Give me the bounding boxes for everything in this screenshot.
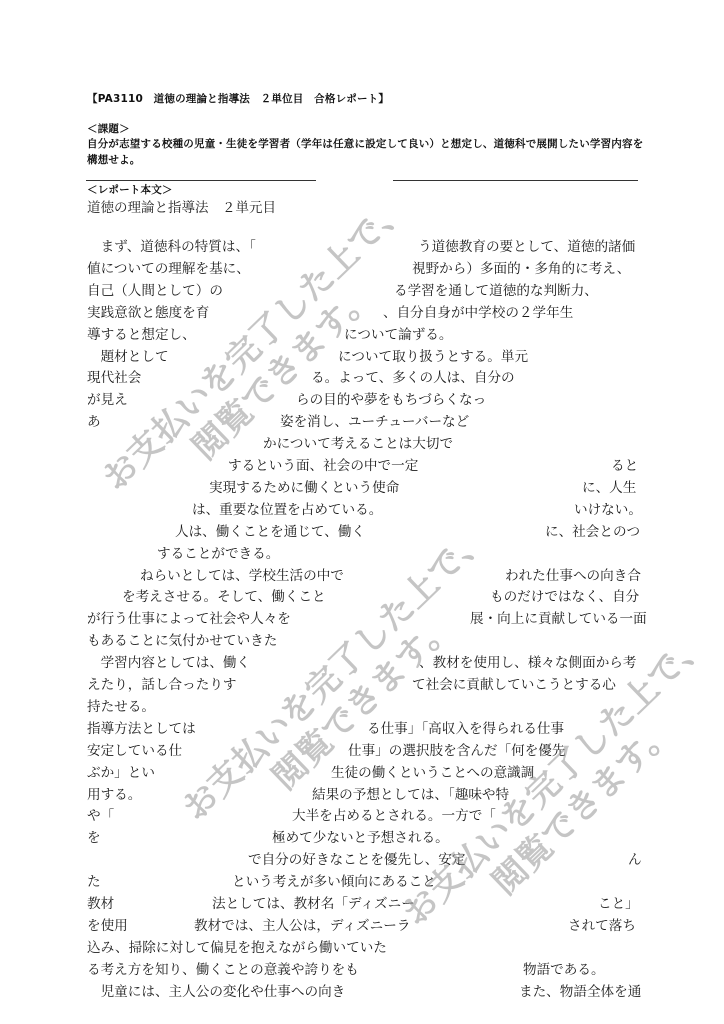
- body-line-right-fragment: 法としては、教材名「ディズニー: [212, 893, 415, 915]
- body-line: 自己（人間として）のる学習を通して道徳的な判断力、: [0, 280, 724, 302]
- body-line-far-fragment: されて落ち: [568, 915, 636, 937]
- body-line: もあることに気付かせていきた: [0, 630, 724, 652]
- body-line-left-fragment: た: [87, 871, 101, 893]
- body-line-far-fragment: に、社会とのつ: [545, 521, 640, 543]
- body-line-left-fragment: 児童には、主人公の変化や仕事への向き: [87, 981, 345, 1003]
- body-line: 導すると想定し、について論ずる。: [0, 324, 724, 346]
- body-line: が見えらの目的や夢をもちづらくなっ: [0, 389, 724, 411]
- task-label: ＜課題＞: [87, 121, 130, 136]
- body-line: かについて考えることは大切で: [0, 433, 724, 455]
- body-line-right-fragment: 、教材を使用し、様々な側面から考: [419, 652, 637, 674]
- body-line-left-fragment: 題材として: [87, 346, 169, 368]
- document-page: 【PA3110 道徳の理論と指導法 ２単位目 合格レポート】 ＜課題＞ 自分が志…: [0, 0, 724, 1024]
- body-line: を使用教材では、主人公は，ディズニーラされて落ち: [0, 915, 724, 937]
- body-line: 込み、掃除に対して偏見を抱えながら働いていた: [0, 937, 724, 959]
- body-line-left-fragment: 学習内容としては、働く: [87, 652, 250, 674]
- body-line-left-fragment: 自己（人間として）の: [87, 280, 223, 302]
- body-line-left-fragment: 込み、掃除に対して偏見を抱えながら働いていた: [87, 937, 387, 959]
- body-line: を考えさせる。そして、働くことものだけではなく、自分: [0, 586, 724, 608]
- body-line-right-fragment: を考えさせる。そして、働くこと: [122, 586, 326, 608]
- body-line: 児童には、主人公の変化や仕事への向きまた、物語全体を通: [0, 981, 724, 1003]
- body-line-left-fragment: る考え方を知り、働くことの意義や誇りをも: [87, 959, 359, 981]
- body-line-right-fragment: について論ずる。: [344, 324, 452, 346]
- report-subtitle: 道徳の理論と指導法 ２単元目: [87, 196, 276, 216]
- body-line-left-fragment: えたり，話し合ったりす: [87, 674, 237, 696]
- body-line-right-fragment: 視野から）多面的・多角的に考え、: [412, 258, 630, 280]
- body-line-left-fragment: 用する。: [87, 784, 141, 806]
- body-line-left-fragment: ぶか」とい: [87, 762, 155, 784]
- body-line-far-fragment: いけない。: [574, 499, 642, 521]
- body-line: あ姿を消し、ユーチューバーなど: [0, 411, 724, 433]
- body-line-right-fragment: 物語である。: [523, 959, 605, 981]
- body-line-right-fragment: 生徒の働くということへの意識調: [331, 762, 534, 784]
- body-line-far-fragment: こと」: [598, 893, 639, 915]
- body-line: することができる。: [0, 543, 724, 565]
- body-line-right-fragment: て社会に貢献していこうとする心: [412, 674, 616, 696]
- body-line: や「大半を占めるとされる。一方で「: [0, 805, 724, 827]
- body-line-right-fragment: う道徳教育の要として、道徳的諸価: [418, 236, 635, 258]
- body-line-far-fragment: ると: [611, 455, 638, 477]
- body-line-right-fragment: らの目的や夢をもちづらくなっ: [296, 389, 486, 411]
- divider-right: [393, 180, 638, 181]
- body-line-left-fragment: 実践意欲と態度を育: [87, 302, 209, 324]
- body-line: る考え方を知り、働くことの意義や誇りをも物語である。: [0, 959, 724, 981]
- body-line-right-fragment: 教材では、主人公は，ディズニーラ: [194, 915, 410, 937]
- body-line-right-fragment: 展・向上に貢献している一面: [470, 608, 647, 630]
- body-line-right-fragment: 仕事」の選択肢を含んだ「何を優先: [348, 740, 566, 762]
- body-line-right-fragment: 姿を消し、ユーチューバーなど: [280, 411, 469, 433]
- body-line-right-fragment: また、物語全体を通: [519, 981, 641, 1003]
- body-line-left-fragment: 現代社会: [87, 367, 141, 389]
- body-line: 指導方法としてはる仕事」「高収入を得られる仕事: [0, 718, 724, 740]
- body-line: えたり，話し合ったりすて社会に貢献していこうとする心: [0, 674, 724, 696]
- body-line-left-fragment: 安定している仕: [87, 740, 182, 762]
- body-line-left-fragment: 値についての理解を基に、: [87, 258, 250, 280]
- body-line: 用する。結果の予想としては、「趣味や特: [0, 784, 724, 806]
- body-line-right-fragment: 、自分自身が中学校の２学年生: [383, 302, 573, 324]
- body-line: ぶか」とい生徒の働くということへの意識調: [0, 762, 724, 784]
- body-line-left-fragment: 持たせる。: [87, 696, 155, 718]
- body-line: が行う仕事によって社会や人々を展・向上に貢献している一面: [0, 608, 724, 630]
- body-line-far-fragment: ん: [628, 849, 642, 871]
- divider-left: [86, 180, 316, 181]
- body-line-right-fragment: る学習を通して道徳的な判断力、: [394, 280, 598, 302]
- body-line-left-fragment: 教材: [87, 893, 114, 915]
- body-line-far-fragment: われた仕事への向き合: [505, 565, 641, 587]
- body-line-left-fragment: が行う仕事によって社会や人々を: [87, 608, 291, 630]
- body-line: 現代社会る。よって、多くの人は、自分の: [0, 367, 724, 389]
- body-line-left-fragment: 指導方法としては: [87, 718, 196, 740]
- body-line-left-fragment: が見え: [87, 389, 128, 411]
- body-line-left-fragment: 導すると想定し、: [87, 324, 196, 346]
- body-line-right-fragment: 極めて少ないと予想される。: [272, 827, 449, 849]
- body-line-right-fragment: ねらいとしては、学校生活の中で: [140, 565, 344, 587]
- body-line-right-fragment: 大半を占めるとされる。一方で「: [292, 805, 496, 827]
- body-line-right-fragment: することができる。: [157, 543, 279, 565]
- body-line: 持たせる。: [0, 696, 724, 718]
- body-line: ねらいとしては、学校生活の中でわれた仕事への向き合: [0, 565, 724, 587]
- body-line-right-fragment: る。よって、多くの人は、自分の: [311, 367, 515, 389]
- report-title: 【PA3110 道徳の理論と指導法 ２単位目 合格レポート】: [87, 91, 389, 106]
- body-line: 実践意欲と態度を育、自分自身が中学校の２学年生: [0, 302, 724, 324]
- report-body-label: ＜レポート本文＞: [87, 182, 173, 197]
- body-line: 安定している仕仕事」の選択肢を含んだ「何を優先: [0, 740, 724, 762]
- body-line: を極めて少ないと予想される。: [0, 827, 724, 849]
- body-line-right-fragment: で自分の好きなことを優先し、安定: [248, 849, 466, 871]
- body-line-right-fragment: る仕事」「高収入を得られる仕事: [367, 718, 564, 740]
- body-line-right-fragment: かについて考えることは大切で: [263, 433, 453, 455]
- body-line: まず、道徳科の特質は、「う道徳教育の要として、道徳的諸価: [0, 236, 724, 258]
- body-line-left-fragment: もあることに気付かせていきた: [87, 630, 277, 652]
- task-text-line-2: 構想せよ。: [87, 152, 141, 167]
- body-line-far-fragment: ものだけではなく、自分: [490, 586, 639, 608]
- task-text-line-1: 自分が志望する校種の児童・生徒を学習者（学年は任意に設定して良い）と想定し、道徳…: [87, 136, 643, 151]
- body-line-left-fragment: あ: [87, 411, 101, 433]
- body-line-right-fragment: 人は、働くことを通じて、働く: [175, 521, 365, 543]
- body-line: 人は、働くことを通じて、働くに、社会とのつ: [0, 521, 724, 543]
- body-line-left-fragment: を: [87, 827, 101, 849]
- body-line: 実現するために働くという使命に、人生: [0, 477, 724, 499]
- body-line: 教材法としては、教材名「ディズニーこと」: [0, 893, 724, 915]
- body-line-left-fragment: まず、道徳科の特質は、「: [87, 236, 256, 258]
- body-line: 値についての理解を基に、視野から）多面的・多角的に考え、: [0, 258, 724, 280]
- body-line-left-fragment: や「: [87, 805, 114, 827]
- body-line-far-fragment: に、人生: [582, 477, 636, 499]
- body-line-right-fragment: は、重要な位置を占めている。: [192, 499, 382, 521]
- body-line-right-fragment: という考えが多い傾向にあること: [232, 871, 436, 893]
- body-line-right-fragment: について取り扱うとする。単元: [338, 346, 528, 368]
- body-line: 学習内容としては、働く、教材を使用し、様々な側面から考: [0, 652, 724, 674]
- body-line-right-fragment: するという面、社会の中で一定: [228, 455, 418, 477]
- body-line: たという考えが多い傾向にあること: [0, 871, 724, 893]
- body-line-left-fragment: を使用: [87, 915, 128, 937]
- body-line: で自分の好きなことを優先し、安定ん: [0, 849, 724, 871]
- body-line-right-fragment: 結果の予想としては、「趣味や特: [312, 784, 509, 806]
- body-line: は、重要な位置を占めている。いけない。: [0, 499, 724, 521]
- body-line: するという面、社会の中で一定ると: [0, 455, 724, 477]
- body-line-right-fragment: 実現するために働くという使命: [209, 477, 399, 499]
- body-line: 題材としてについて取り扱うとする。単元: [0, 346, 724, 368]
